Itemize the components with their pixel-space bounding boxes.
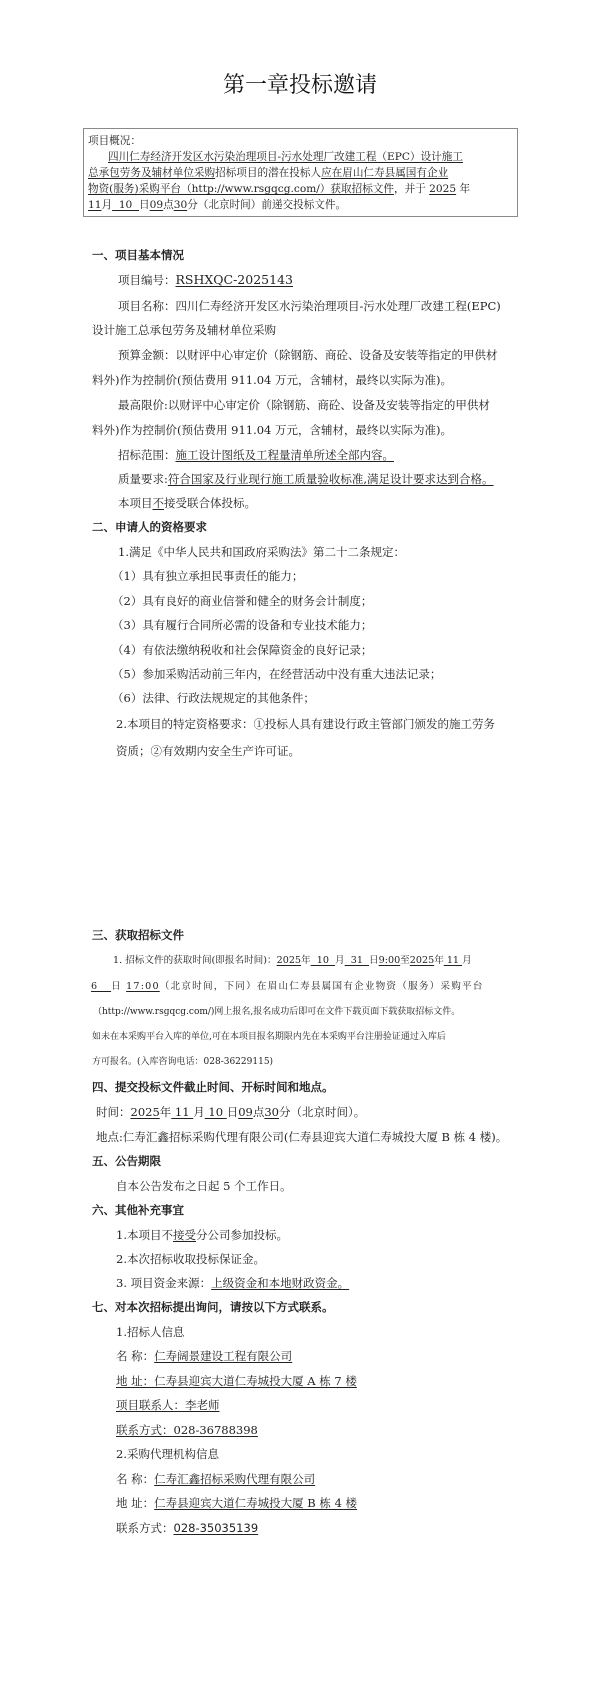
section-5-heading: 五、公告期限	[92, 1154, 161, 1169]
qualification-sub-2: （2）具有良好的商业信誉和健全的财务会计制度；	[112, 594, 372, 609]
overview-text: ，并于	[394, 183, 426, 195]
project-code-value: RSHXQC-2025143	[176, 272, 293, 287]
value: 仁寿阔景建设工程有限公司	[154, 1349, 292, 1363]
text: 日	[111, 981, 126, 992]
underlined-value: 30	[174, 199, 187, 211]
text: 年	[301, 955, 311, 966]
scope-value: 施工设计图纸及工程量清单所述全部内容。	[176, 448, 395, 462]
quality-value: 符合国家及行业现行施工质量验收标准,满足设计要求达到合格。	[168, 472, 494, 486]
overview-line-3: 物资(服务)采购平台（http://www.rsgqcg.com/）获取招标文件…	[88, 182, 470, 196]
obtain-time-line-1: 1. 招标文件的获取时间(即报名时间)：2025年 10 月 31 日9:00至…	[113, 953, 472, 968]
register-note-line-2: 方可报名。(入库咨询电话：028-36229115)	[92, 1055, 273, 1070]
qualification-item-1: 1.满足《中华人民共和国政府采购法》第二十二条规定：	[118, 545, 405, 560]
text: 日	[139, 199, 150, 211]
text: 1.本项目不	[116, 1228, 173, 1242]
section-4-heading: 四、提交投标文件截止时间、开标时间和地点。	[92, 1080, 334, 1095]
text: 月	[335, 955, 345, 966]
text: 点	[253, 1105, 265, 1119]
bid-deadline-time: 时间：2025年 11 月 10 日09点30分（北京时间）。	[96, 1105, 365, 1120]
section-6-heading: 六、其他补充事宜	[92, 1203, 184, 1218]
text: 月	[193, 1105, 205, 1119]
project-name-line-1: 项目名称：四川仁寿经济开发区水污染治理项目-污水处理厂改建工程(EPC)	[118, 299, 501, 314]
text: 月	[101, 199, 112, 211]
text: 分公司参加投标。	[196, 1228, 288, 1242]
value: 仁寿汇鑫招标采购代理有限公司	[154, 1472, 315, 1486]
agency-address: 地 址：仁寿县迎宾大道仁寿城投大厦 B 栋 4 楼	[116, 1496, 357, 1511]
section-7-heading: 七、对本次招标提出询问，请按以下方式联系。	[92, 1300, 334, 1315]
overview-label: 项目概况：	[88, 134, 141, 148]
underlined-value: 11	[88, 199, 101, 211]
text: 日	[369, 955, 379, 966]
overview-year: 2025	[429, 183, 456, 195]
overview-project-name: 总承包劳务及辅材单位采购	[88, 167, 215, 179]
text: 接受	[173, 1228, 196, 1242]
qualification-sub-3: （3）具有履行合同所必需的设备和专业技术能力；	[112, 618, 372, 633]
label: 联系方式：	[116, 1521, 174, 1535]
max-price-line-1: 最高限价:以财评中心审定价（除钢筋、商砼、设备及安装等指定的甲供材	[118, 398, 490, 413]
text: 1. 招标文件的获取时间(即报名时间)：	[113, 955, 277, 966]
text: 年	[160, 1105, 172, 1119]
scope-label: 招标范围：	[118, 448, 176, 462]
tenderer-contact: 项目联系人：李老师	[116, 1398, 220, 1413]
underlined-value: 10	[205, 1105, 227, 1119]
section-1-heading: 一、项目基本情况	[92, 248, 184, 263]
underlined-value: 2025	[131, 1105, 160, 1119]
overview-text: 招标项目的潜在投标人	[215, 167, 321, 179]
underlined-value: 10	[112, 199, 139, 211]
underlined-value: 2025	[277, 955, 301, 966]
project-code: 项目编号：RSHXQC-2025143	[118, 272, 293, 288]
underlined-value: 17:00	[126, 981, 160, 992]
supplement-item-2: 2.本次招标收取投标保证金。	[116, 1252, 265, 1267]
section-2-heading: 二、申请人的资格要求	[92, 520, 207, 535]
overview-line-1: 四川仁寿经济开发区水污染治理项目-污水处理厂改建工程（EPC）设计施工	[108, 150, 463, 164]
qualification-sub-4: （4）有依法缴纳税收和社会保障资金的良好记录；	[112, 643, 372, 658]
underlined-value: 10	[311, 955, 335, 966]
quality-label: 质量要求:	[118, 472, 168, 486]
page-title: 第一章投标邀请	[0, 72, 600, 100]
tenderer-name: 名 称：仁寿阔景建设工程有限公司	[116, 1349, 292, 1364]
funding-value: 上级资金和本地财政资金。	[211, 1276, 349, 1290]
text: 至	[400, 955, 410, 966]
underlined-value: 11	[171, 1105, 193, 1119]
tenderer-info-title: 1.招标人信息	[116, 1325, 184, 1340]
label: 地 址：	[116, 1496, 154, 1510]
budget-line-1: 预算金额：以财评中心审定价（除钢筋、商砼、设备及安装等指定的甲供材	[118, 348, 498, 363]
text: （北京时间，下同）在眉山仁寿县属国有企业物资（服务）采购平台	[160, 981, 484, 992]
tenderer-phone: 联系方式：028-36788398	[116, 1423, 258, 1438]
qualification-item-2-line-1: 2.本项目的特定资格要求：①投标人具有建设行政主管部门颁发的施工劳务	[116, 717, 495, 732]
project-name-line-2: 设计施工总承包劳务及辅材单位采购	[92, 323, 276, 338]
qualification-sub-5: （5）参加采购活动前三年内，在经营活动中没有重大违法记录；	[112, 667, 441, 682]
supplement-item-3: 3. 项目资金来源：上级资金和本地财政资金。	[116, 1276, 349, 1291]
register-note-line-1: 如未在本采购平台入库的单位,可在本项目报名期限内先在本采购平台注册验证通过入库后	[92, 1030, 446, 1045]
underlined-value: 30	[264, 1105, 279, 1119]
overview-text: 年	[459, 183, 470, 195]
budget-line-2: 料外)作为控制价(预估费用 911.04 万元，含辅材，最终以实际为准)。	[92, 373, 452, 388]
value: 仁寿县迎宾大道仁寿城投大厦 B 栋 4 楼	[154, 1496, 357, 1510]
overview-platform-link[interactable]: 物资(服务)采购平台（http://www.rsgqcg.com/）获取招标文件	[88, 183, 394, 195]
label: 名 称：	[116, 1472, 154, 1486]
text: 月	[462, 955, 472, 966]
value: 028-35035139	[174, 1521, 259, 1535]
agency-phone: 联系方式：028-35035139	[116, 1521, 258, 1536]
text: 日	[227, 1105, 239, 1119]
underlined-value: 9:00	[379, 955, 401, 966]
obtain-link-line: （http://www.rsgqcg.com/)网上报名,报名成功后即可在文件下…	[93, 1005, 460, 1020]
agency-name: 名 称：仁寿汇鑫招标采购代理有限公司	[116, 1472, 315, 1487]
overview-line-4: 11月 10 日09点30分（北京时间）前递交投标文件。	[88, 198, 346, 212]
project-code-label: 项目编号：	[118, 273, 176, 287]
qualification-sub-6: （6）法律、行政法规规定的其他条件；	[112, 691, 315, 706]
section-3-heading: 三、获取招标文件	[92, 928, 184, 943]
text: 本项目	[118, 496, 153, 510]
tender-scope: 招标范围：施工设计图纸及工程量清单所述全部内容。	[118, 448, 394, 463]
text: 时间：	[96, 1105, 131, 1119]
text: 分（北京时间）前递交投标文件。	[187, 199, 346, 211]
underlined-value: 6	[91, 981, 111, 992]
text: 分（北京时间）。	[279, 1105, 365, 1119]
max-price-line-2: 料外)作为控制价(预估费用 911.04 万元，含辅材，最终以实际为准)。	[92, 423, 452, 438]
text: 不	[153, 496, 165, 510]
underlined-value: 09	[238, 1105, 253, 1119]
label: 名 称：	[116, 1349, 154, 1363]
underlined-value: 11	[444, 955, 462, 966]
bid-opening-place: 地点:仁寿汇鑫招标采购代理有限公司(仁寿县迎宾大道仁寿城投大厦 B 栋 4 楼)…	[96, 1130, 507, 1145]
announcement-period: 自本公告发布之日起 5 个工作日。	[116, 1179, 292, 1194]
tenderer-address: 地 址：仁寿县迎宾大道仁寿城投大厦 A 栋 7 楼	[116, 1374, 357, 1389]
consortium-note: 本项目不接受联合体投标。	[118, 496, 256, 511]
quality-requirement: 质量要求:符合国家及行业现行施工质量验收标准,满足设计要求达到合格。	[118, 472, 494, 487]
qualification-item-2-line-2: 资质；②有效期内安全生产许可证。	[116, 744, 300, 759]
text: 点	[163, 199, 174, 211]
text: 接受联合体投标。	[164, 496, 256, 510]
qualification-sub-1: （1）具有独立承担民事责任的能力；	[112, 569, 303, 584]
underlined-value: 2025	[410, 955, 434, 966]
overview-platform: 应在眉山仁寿县属国有企业	[321, 167, 448, 179]
supplement-item-1: 1.本项目不接受分公司参加投标。	[116, 1228, 288, 1243]
underlined-value: 31	[345, 955, 369, 966]
agency-info-title: 2.采购代理机构信息	[116, 1447, 219, 1462]
underlined-value: 09	[150, 199, 163, 211]
overview-line-2: 总承包劳务及辅材单位采购招标项目的潜在投标人应在眉山仁寿县属国有企业	[88, 166, 448, 180]
obtain-time-line-2: 6 日 17:00（北京时间，下同）在眉山仁寿县属国有企业物资（服务）采购平台	[91, 979, 484, 994]
funding-label: 3. 项目资金来源：	[116, 1276, 211, 1290]
text: 年	[434, 955, 444, 966]
